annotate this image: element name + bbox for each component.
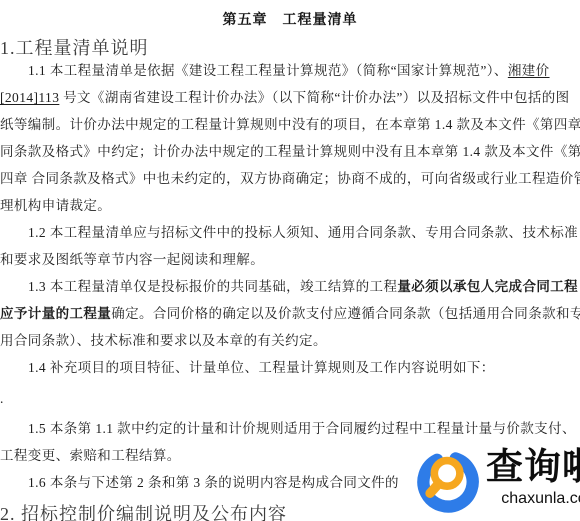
text-segment: [2014]113	[0, 90, 59, 105]
text-segment: 1.5 本条第 1.1 款中约定的计量和计价规则适用于合同履约过程中工程量计量与…	[28, 421, 576, 436]
text-segment: 应予计量的工程量	[0, 306, 111, 321]
text-segment: 湘建价	[508, 63, 550, 78]
text-line: 1.6 本条与下述第 2 条和第 3 条的说明内容是构成合同文件的	[28, 474, 399, 492]
text-line: 理机构申请裁定。	[0, 197, 111, 215]
text-segment: 1.6 本条与下述第 2 条和第 3 条的说明内容是构成合同文件的	[28, 475, 399, 490]
watermark-domain: chaxunla.com	[501, 490, 580, 507]
text-line: 用合同条款）、技术标准和要求以及本章的有关约定。	[0, 332, 327, 350]
text-line: 四章 合同条款及格式》中也未约定的，双方协商确定；协商不成的，可向省级或行业工程…	[0, 170, 580, 188]
text-segment: 1.1 本工程量清单是依据《建设工程工程量计算规范》（简称“国家计算规范”）、	[28, 63, 508, 78]
section-1-heading: 1.工程量清单说明	[0, 34, 149, 60]
text-line: 1.4 补充项目的项目特征、计量单位、工程量计算规则及工作内容说明如下：	[28, 359, 495, 377]
section-2-heading: 2. 招标控制价编制说明及公布内容	[0, 500, 287, 521]
text-segment: 确定。合同价格的确定以及价款支付应遵循合同条款（包括通用合同条款和专	[111, 306, 580, 321]
watermark: 查询啦 chaxunla.com	[413, 439, 580, 521]
text-line: 工程变更、索赔和工程结算。	[0, 447, 181, 465]
text-line: .	[0, 390, 4, 408]
text-segment: .	[0, 391, 4, 406]
magnifier-logo-icon	[413, 444, 485, 516]
text-segment: 号文《湖南省建设工程计价办法》（以下简称“计价办法”）以及招标文件中包括的图	[59, 90, 569, 105]
text-segment: 四章 合同条款及格式》中也未约定的，双方协商确定；协商不成的，可向省级或行业工程…	[0, 171, 580, 186]
text-line: 纸等编制。计价办法中规定的工程量计算规则中没有的项目，在本章第 1.4 款及本文…	[0, 116, 580, 134]
text-segment: 和要求及图纸等章节内容一起阅读和理解。	[0, 252, 264, 267]
chapter-title: 第五章 工程量清单	[0, 9, 580, 29]
text-line: 和要求及图纸等章节内容一起阅读和理解。	[0, 251, 264, 269]
text-segment: 1.3 本工程量清单仅是投标报价的共同基础，竣工结算的工程	[28, 279, 397, 294]
watermark-text: 查询啦 chaxunla.com	[486, 447, 580, 507]
text-line: 1.3 本工程量清单仅是投标报价的共同基础，竣工结算的工程量必须以承包人完成合同…	[28, 278, 578, 296]
text-segment: 纸等编制。计价办法中规定的工程量计算规则中没有的项目，在本章第 1.4 款及本文…	[0, 117, 580, 132]
text-segment: 理机构申请裁定。	[0, 198, 111, 213]
text-segment: 量必须以承包人完成合同工程	[397, 279, 578, 294]
document-page: 第五章 工程量清单 1.工程量清单说明 1.1 本工程量清单是依据《建设工程工程…	[0, 0, 580, 521]
text-segment: 1.2 本工程量清单应与招标文件中的投标人须知、通用合同条款、专用合同条款、技术…	[28, 225, 578, 240]
text-segment: 工程变更、索赔和工程结算。	[0, 448, 181, 463]
text-line: 1.5 本条第 1.1 款中约定的计量和计价规则适用于合同履约过程中工程量计量与…	[28, 420, 576, 438]
text-segment: 用合同条款）、技术标准和要求以及本章的有关约定。	[0, 333, 327, 348]
text-line: 1.1 本工程量清单是依据《建设工程工程量计算规范》（简称“国家计算规范”）、湘…	[28, 62, 550, 80]
text-segment: 同条款及格式》中约定；计价办法中规定的工程量计算规则中没有且本章第 1.4 款及…	[0, 144, 580, 159]
text-line: [2014]113 号文《湖南省建设工程计价办法》（以下简称“计价办法”）以及招…	[0, 89, 570, 107]
text-line: 同条款及格式》中约定；计价办法中规定的工程量计算规则中没有且本章第 1.4 款及…	[0, 143, 580, 161]
text-line: 1.2 本工程量清单应与招标文件中的投标人须知、通用合同条款、专用合同条款、技术…	[28, 224, 578, 242]
text-segment: 1.4 补充项目的项目特征、计量单位、工程量计算规则及工作内容说明如下：	[28, 360, 495, 375]
text-line: 应予计量的工程量确定。合同价格的确定以及价款支付应遵循合同条款（包括通用合同条款…	[0, 305, 580, 323]
watermark-brand: 查询啦	[486, 447, 580, 489]
